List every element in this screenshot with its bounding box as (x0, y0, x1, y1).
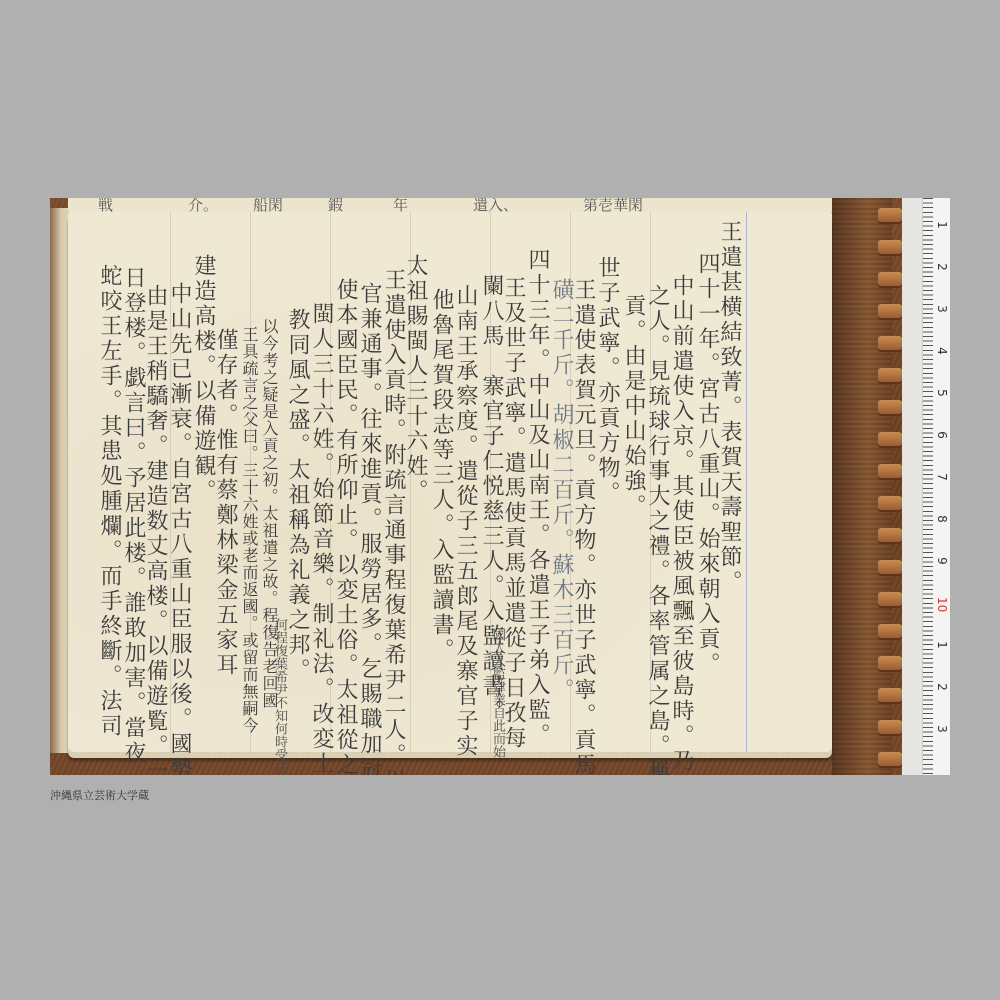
text-column: 世子武寧。亦貢方物。 (594, 256, 620, 506)
ruler-number: 1 (935, 639, 949, 651)
text-column: 閩人三十六姓。始節音樂。制礼法。改変土俗。而致文 (308, 302, 334, 775)
text-column: 教同風之盛。太祖稱為礼義之邦。 (284, 308, 310, 683)
manuscript-photo: 1 2 3 4 5 6 7 8 9 10 1 2 3 戦 介。 船閑 鍜 年 遣… (50, 198, 950, 775)
collection-credit-caption: 沖縄県立芸術大学蔵 (50, 787, 149, 803)
ruler-number: 8 (935, 513, 949, 525)
ruler-number: 7 (935, 471, 949, 483)
binding-lace (878, 208, 902, 222)
binding-lace (878, 272, 902, 286)
text-column: 王具疏言之父曰。三十六姓或老而返國。或留而無嗣今 (240, 326, 258, 734)
ruler-number: 2 (935, 681, 949, 693)
text-column: 磺二千斤。胡椒二百斤。蘇木三百斤。 (548, 278, 574, 703)
text-column: 使本國臣民。有所仰止。以変土俗。太祖從之。更賜 (332, 278, 358, 775)
text-column: 之人。見琉球行事大之禮。各率管属之島。稱臣納 (644, 284, 670, 775)
ruler-number: 6 (935, 429, 949, 441)
text-column: 蛇咬王左手。其患処腫爛。而手終斷。法司 (96, 264, 122, 739)
binding-lace (878, 592, 902, 606)
binding-lace (878, 464, 902, 478)
binding-lace (878, 624, 902, 638)
binding-lace (878, 432, 902, 446)
text-column: 四十三年。中山及山南王。各遣王子弟入監。 (524, 248, 550, 748)
binding-lace (878, 560, 902, 574)
text-column: 王遣使入貢時。附疏言通事程復葉希尹二人。以寨 (380, 268, 406, 775)
text-column: 建造高楼。以備遊観。 (190, 254, 216, 504)
margin-line (746, 212, 747, 752)
ruler-number: 2 (935, 261, 949, 273)
binding-lace (878, 752, 902, 766)
text-column: 山南王承察度。遣從子三五郎尾及寨官子实 (452, 284, 478, 759)
binding-lace (878, 368, 902, 382)
binding-lace (878, 528, 902, 542)
text-column: 官兼通事。往來進貢。服勞居多。乞賜職加冠帶。 (356, 282, 382, 775)
ruler-number: 3 (935, 723, 949, 735)
text-column: 日登楼。戯言曰。予居此楼。誰敢加害。當夜 (120, 266, 146, 766)
text-column: 以今考之疑是入貢之初。太祖遣之故。程復告老回國 (260, 318, 278, 709)
ruler-number: 3 (935, 303, 949, 315)
binding-lace (878, 688, 902, 702)
binding-lace (878, 304, 902, 318)
binding-lace (878, 240, 902, 254)
binding-lace (878, 656, 902, 670)
text-column: 他魯尾賀段志等三人。入監讀書。 (428, 288, 454, 663)
binding-lace (878, 336, 902, 350)
binding-lace (878, 400, 902, 414)
annotation-column: 國人入監肄業自此而始 (490, 628, 504, 758)
ruler-number: 5 (935, 387, 949, 399)
ruler-number: 9 (935, 555, 949, 567)
text-column: 貢。由是中山始強。 (620, 294, 646, 519)
text-column: 中山前遣使入京。其使臣被風飄至彼島時。乃二島 (668, 274, 694, 775)
previous-page-strip: 戦 介。 船閑 鍜 年 遣入、 第壱華閑 (68, 198, 832, 213)
binding-lace (878, 720, 902, 734)
ruler-number: 4 (935, 345, 949, 357)
text-column: 四十一年。宮古八重山。始來朝入貢。 (694, 252, 720, 677)
ruler-number: 1 (935, 219, 949, 231)
binding-lace (878, 496, 902, 510)
text-column: 中山先已漸衰。自宮古八重山臣服以後。國勢始强。 (166, 282, 192, 775)
ruler-number-red: 10 (935, 597, 949, 609)
